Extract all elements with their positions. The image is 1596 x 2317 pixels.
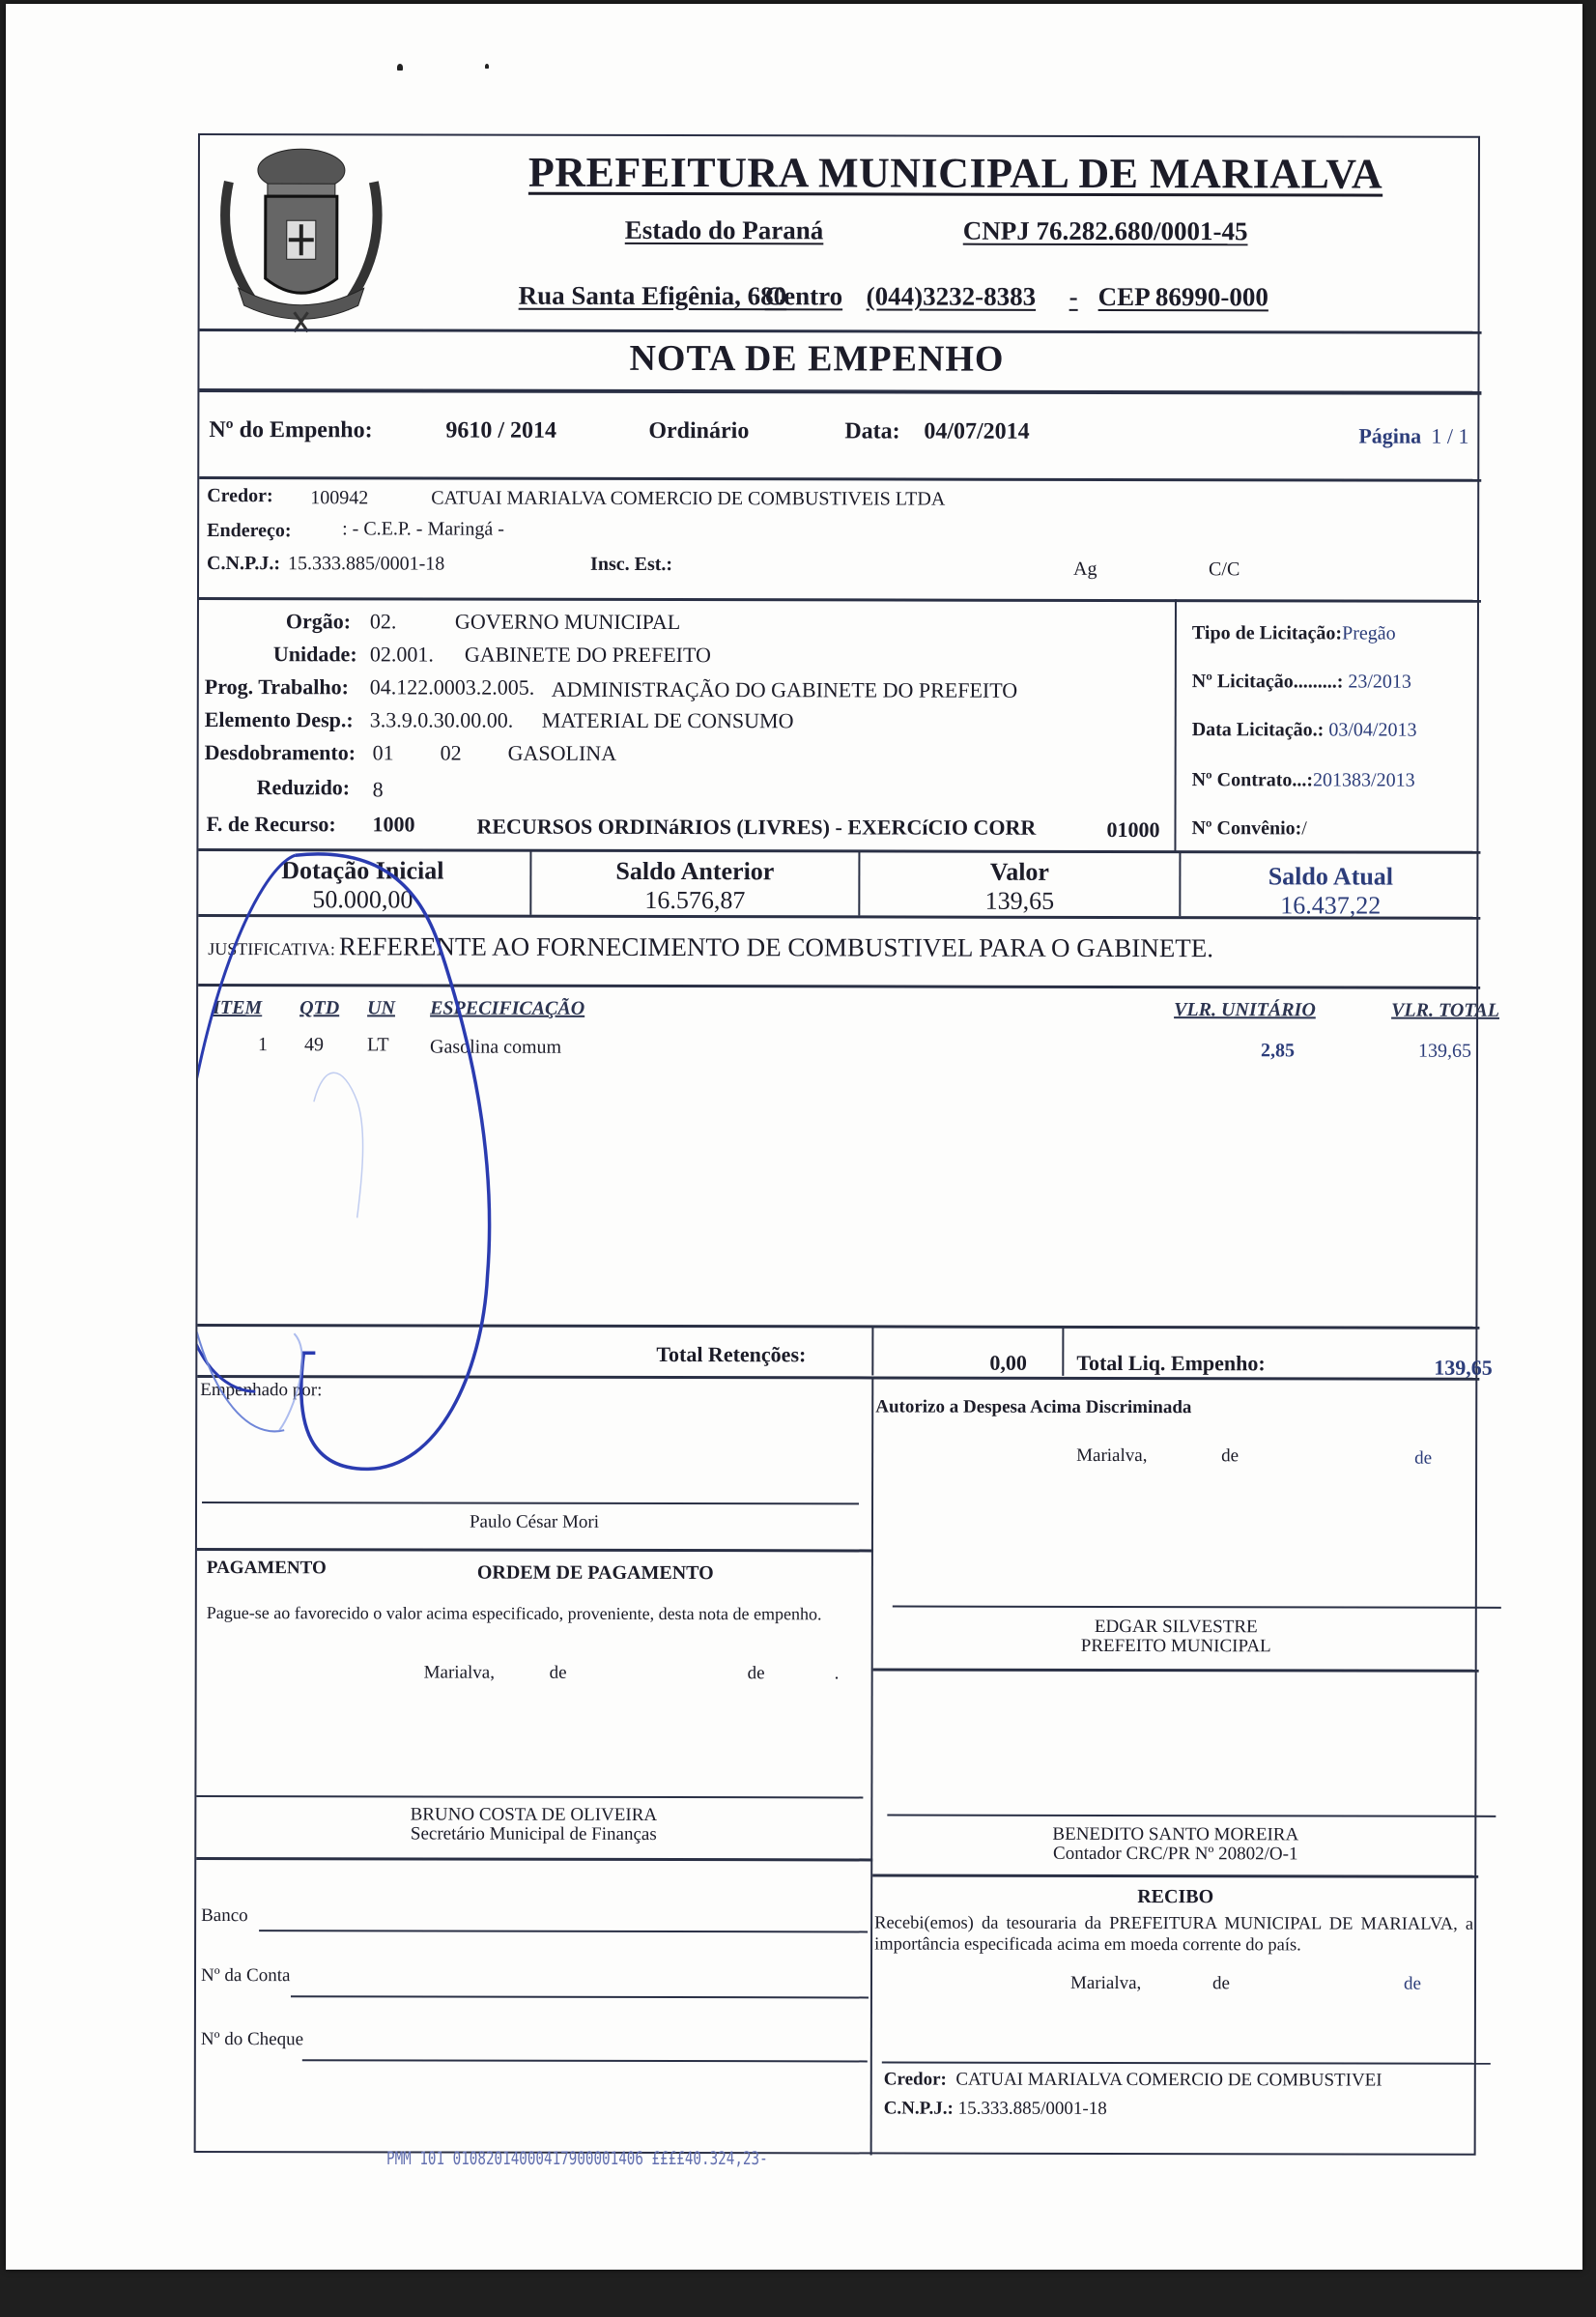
reduzido-label: Reduzido:	[257, 775, 351, 800]
cheque-label: Nº do Cheque	[201, 2029, 303, 2050]
credor-code: 100942	[310, 487, 368, 509]
prefeitura-cep: CEP 86990-000	[1098, 282, 1268, 312]
saldo-anterior-value: 16.576,87	[531, 886, 858, 916]
numero-contrato-value: 201383/2013	[1313, 769, 1415, 790]
justificativa: JUSTIFICATIVA: REFERENTE AO FORNECIMENTO…	[208, 931, 1213, 963]
prefeitura-address: Rua Santa Efigênia, 680	[519, 281, 787, 312]
contador-signature: BENEDITO SANTO MOREIRA Contador CRC/PR N…	[872, 1824, 1478, 1864]
desdobramento-2: 02	[441, 741, 462, 766]
bank-autentication-stamp: PMM 101 01082014000417900001406 ££££40.3…	[386, 2148, 768, 2169]
signature-line	[882, 2061, 1491, 2064]
col-vlr-total: VLR. TOTAL	[1391, 1000, 1499, 1022]
item-unit-price: 2,85	[1261, 1040, 1295, 1062]
recibo-text: Recebi(emos) da tesouraria da PREFEITURA…	[874, 1912, 1473, 1956]
divider	[197, 1548, 873, 1552]
divider	[871, 1327, 873, 1375]
saldo-anterior: Saldo Anterior 16.576,87	[531, 857, 858, 916]
saldo-anterior-label: Saldo Anterior	[531, 857, 858, 887]
divider	[873, 1668, 1479, 1672]
numero-contrato: Nº Contrato...:201383/2013	[1192, 769, 1415, 791]
recibo-title: RECIBO	[872, 1885, 1478, 1908]
pagamento-de-2: de	[748, 1663, 765, 1684]
dotacao-inicial: Dotação Inicial 50.000,00	[198, 856, 527, 915]
ordem-pagamento-text: Pague-se ao favorecido o valor acima esp…	[207, 1602, 835, 1624]
valor-label: Valor	[860, 857, 1179, 887]
recibo-credor-name: CATUAI MARIALVA COMERCIO DE COMBUSTIVEI	[955, 2070, 1382, 2091]
separator: -	[1069, 282, 1078, 312]
elemento-despesa-code: 3.3.9.0.30.00.00.	[370, 707, 514, 732]
numero-convenio: Nº Convênio:/	[1191, 817, 1306, 840]
divider	[199, 476, 1481, 482]
conta-corrente-label: C/C	[1209, 558, 1240, 581]
unidade-code: 02.001.	[370, 642, 434, 667]
numero-licitacao-label: Nº Licitação.........:	[1192, 671, 1344, 692]
saldo-atual: Saldo Atual 16.437,22	[1181, 862, 1480, 921]
data-licitacao: Data Licitação.: 03/04/2013	[1192, 719, 1417, 741]
agencia-label: Ag	[1073, 558, 1097, 581]
tipo-licitacao: Tipo de Licitação:Pregão	[1192, 622, 1396, 644]
scan-speck	[397, 64, 403, 71]
credor-cnpj: 15.333.885/0001-18	[288, 553, 444, 575]
divider	[870, 1376, 874, 2155]
divider	[1062, 1328, 1064, 1376]
fonte-recurso-code: 1000	[372, 812, 414, 837]
tipo-licitacao-label: Tipo de Licitação:	[1192, 622, 1342, 644]
credor-name: CATUAI MARIALVA COMERCIO DE COMBUSTIVEIS…	[431, 488, 945, 511]
pagamento-dot: .	[835, 1663, 840, 1684]
autorizo-despesa: Autorizo a Despesa Acima Discriminada	[875, 1396, 1191, 1418]
credor-label: Credor:	[207, 485, 273, 507]
elemento-despesa-label: Elemento Desp.:	[205, 707, 354, 732]
divider	[199, 597, 1481, 603]
fonte-recurso-name: RECURSOS ORDINáRIOS (LIVRES) - EXERCíCIO…	[476, 815, 1036, 841]
divider	[872, 1874, 1478, 1877]
total-liquido-label: Total Liq. Empenho:	[1076, 1351, 1265, 1376]
recibo-cnpj-label: C.N.P.J.:	[884, 2098, 954, 2118]
col-especificacao: ESPECIFICAÇÃO	[430, 998, 584, 1020]
valor-value: 139,65	[860, 886, 1179, 916]
insc-est-label: Insc. Est.:	[590, 554, 672, 576]
fonte-recurso-suffix: 01000	[1106, 817, 1159, 843]
divider	[199, 388, 1481, 395]
prefeitura-district: Centro	[765, 281, 843, 311]
col-qtd: QTD	[299, 997, 339, 1019]
empenho-number: 9610 / 2014	[445, 418, 556, 444]
empenho-date: 04/07/2014	[924, 419, 1029, 445]
desdobramento-1: 01	[373, 740, 394, 765]
justificativa-text: REFERENTE AO FORNECIMENTO DE COMBUSTIVEL…	[339, 931, 1213, 962]
ordem-pagamento-title: ORDEM DE PAGAMENTO	[477, 1562, 714, 1586]
divider	[197, 1375, 873, 1379]
autorizo-de-1: de	[1221, 1445, 1239, 1467]
divider	[196, 1857, 872, 1861]
signature-line	[887, 1814, 1496, 1816]
conta-label: Nº da Conta	[201, 1965, 290, 1987]
empenho-number-label: Nº do Empenho:	[209, 417, 372, 443]
numero-convenio-label: Nº Convênio:	[1191, 817, 1301, 839]
numero-licitacao-value: 23/2013	[1348, 671, 1411, 692]
reduzido-value: 8	[373, 777, 384, 802]
orgao-code: 02.	[370, 609, 397, 634]
unidade-name: GABINETE DO PREFEITO	[465, 643, 711, 669]
col-un: UN	[367, 997, 395, 1019]
divider	[198, 984, 1480, 989]
secretario-signature: BRUNO COSTA DE OLIVEIRA Secretário Munic…	[196, 1805, 870, 1845]
secretario-name: BRUNO COSTA DE OLIVEIRA	[196, 1805, 870, 1825]
item-spec: Gasolina comum	[430, 1037, 561, 1059]
state-name: Estado do Paraná	[625, 215, 824, 245]
item-un: LT	[367, 1034, 389, 1056]
autorizo-de-2: de	[1414, 1448, 1432, 1470]
numero-contrato-label: Nº Contrato...:	[1192, 769, 1314, 790]
prefeito-role: PREFEITO MUNICIPAL	[873, 1636, 1479, 1656]
fonte-recurso-label: F. de Recurso:	[206, 812, 335, 837]
signature-line	[196, 1795, 863, 1798]
banco-field-line[interactable]	[259, 1930, 868, 1932]
dotacao-inicial-label: Dotação Inicial	[198, 856, 527, 886]
document-title: NOTA DE EMPENHO	[629, 337, 1004, 381]
item-total-price: 139,65	[1418, 1041, 1471, 1063]
recibo-city: Marialva,	[1070, 1973, 1141, 1994]
banco-label: Banco	[201, 1905, 248, 1927]
autorizo-city: Marialva,	[1076, 1445, 1147, 1467]
pagamento-city: Marialva,	[424, 1662, 495, 1683]
prefeitura-title: PREFEITURA MUNICIPAL DE MARIALVA	[528, 148, 1382, 199]
conta-field-line[interactable]	[291, 1995, 869, 1998]
divider	[871, 1376, 1479, 1380]
empenhado-por-label: Empenhado por:	[200, 1380, 322, 1401]
dotacao-inicial-value: 50.000,00	[198, 885, 527, 915]
empenhado-por-name: Paulo César Mori	[197, 1511, 871, 1533]
empenho-date-label: Data:	[844, 418, 899, 444]
numero-convenio-value: /	[1301, 817, 1307, 839]
unidade-label: Unidade:	[273, 642, 357, 667]
data-licitacao-label: Data Licitação.:	[1192, 719, 1325, 740]
cheque-field-line[interactable]	[302, 2059, 868, 2062]
prog-trabalho-label: Prog. Trabalho:	[205, 674, 349, 700]
page-label: Página	[1358, 424, 1421, 449]
scan-speck	[485, 64, 489, 69]
data-licitacao-value: 03/04/2013	[1328, 719, 1416, 740]
pagamento-de-1: de	[550, 1663, 567, 1684]
total-retencoes-label: Total Retenções:	[656, 1342, 806, 1367]
orgao-name: GOVERNO MUNICIPAL	[455, 610, 680, 635]
recibo-de-2: de	[1404, 1974, 1421, 1995]
divider	[198, 848, 1480, 854]
valor: Valor 139,65	[860, 857, 1179, 916]
recibo-credor-label: Credor:	[884, 2069, 947, 2089]
desdobramento-name: GASOLINA	[508, 741, 617, 766]
total-retencoes-value: 0,00	[989, 1351, 1027, 1376]
endereco-value: : - C.E.P. - Maringá -	[342, 518, 504, 540]
prefeito-name: EDGAR SILVESTRE	[873, 1616, 1479, 1637]
prefeitura-phone: (044)3232-8383	[867, 281, 1037, 311]
item-qtd: 49	[304, 1034, 324, 1056]
saldo-atual-label: Saldo Atual	[1181, 862, 1480, 892]
numero-licitacao: Nº Licitação.........: 23/2013	[1192, 671, 1411, 693]
prog-trabalho-name: ADMINISTRAÇÃO DO GABINETE DO PREFEITO	[552, 677, 1017, 703]
page-number: 1 / 1	[1431, 424, 1468, 449]
prog-trabalho-code: 04.122.0003.2.005.	[370, 674, 535, 700]
col-item: ITEM	[213, 997, 262, 1019]
pagamento-label: PAGAMENTO	[207, 1558, 327, 1579]
col-vlr-unitario: VLR. UNITÁRIO	[1174, 999, 1316, 1021]
empenho-type: Ordinário	[648, 418, 749, 444]
contador-name: BENEDITO SANTO MOREIRA	[872, 1824, 1478, 1845]
divider	[1174, 599, 1177, 852]
item-number: 1	[258, 1034, 268, 1056]
coat-of-arms-icon	[210, 143, 393, 336]
cnpj-label: C.N.P.J.:	[207, 553, 280, 575]
signature-line	[893, 1606, 1501, 1609]
recibo-cnpj: C.N.P.J.: 15.333.885/0001-18	[884, 2098, 1107, 2119]
recibo-de-1: de	[1212, 1973, 1230, 1994]
divider	[197, 1324, 1479, 1330]
tipo-licitacao-value: Pregão	[1342, 622, 1396, 644]
nota-de-empenho-form: PREFEITURA MUNICIPAL DE MARIALVA Estado …	[194, 133, 1480, 2156]
recibo-credor: Credor: CATUAI MARIALVA COMERCIO DE COMB…	[884, 2069, 1382, 2091]
elemento-despesa-name: MATERIAL DE CONSUMO	[542, 708, 794, 734]
contador-role: Contador CRC/PR Nº 20802/O-1	[872, 1844, 1478, 1864]
table-row: 1 49 LT Gasolina comum 2,85 139,65	[198, 1034, 1480, 1066]
secretario-role: Secretário Municipal de Finanças	[196, 1824, 870, 1845]
endereco-label: Endereço:	[207, 520, 291, 542]
justificativa-label: JUSTIFICATIVA:	[208, 939, 335, 958]
recibo-cnpj-value: 15.333.885/0001-18	[958, 2099, 1107, 2119]
desdobramento-label: Desdobramento:	[205, 740, 356, 765]
orgao-label: Orgão:	[286, 609, 351, 634]
prefeitura-cnpj: CNPJ 76.282.680/0001-45	[963, 216, 1248, 247]
signature-line	[202, 1502, 859, 1504]
prefeito-signature: EDGAR SILVESTRE PREFEITO MUNICIPAL	[873, 1616, 1479, 1656]
